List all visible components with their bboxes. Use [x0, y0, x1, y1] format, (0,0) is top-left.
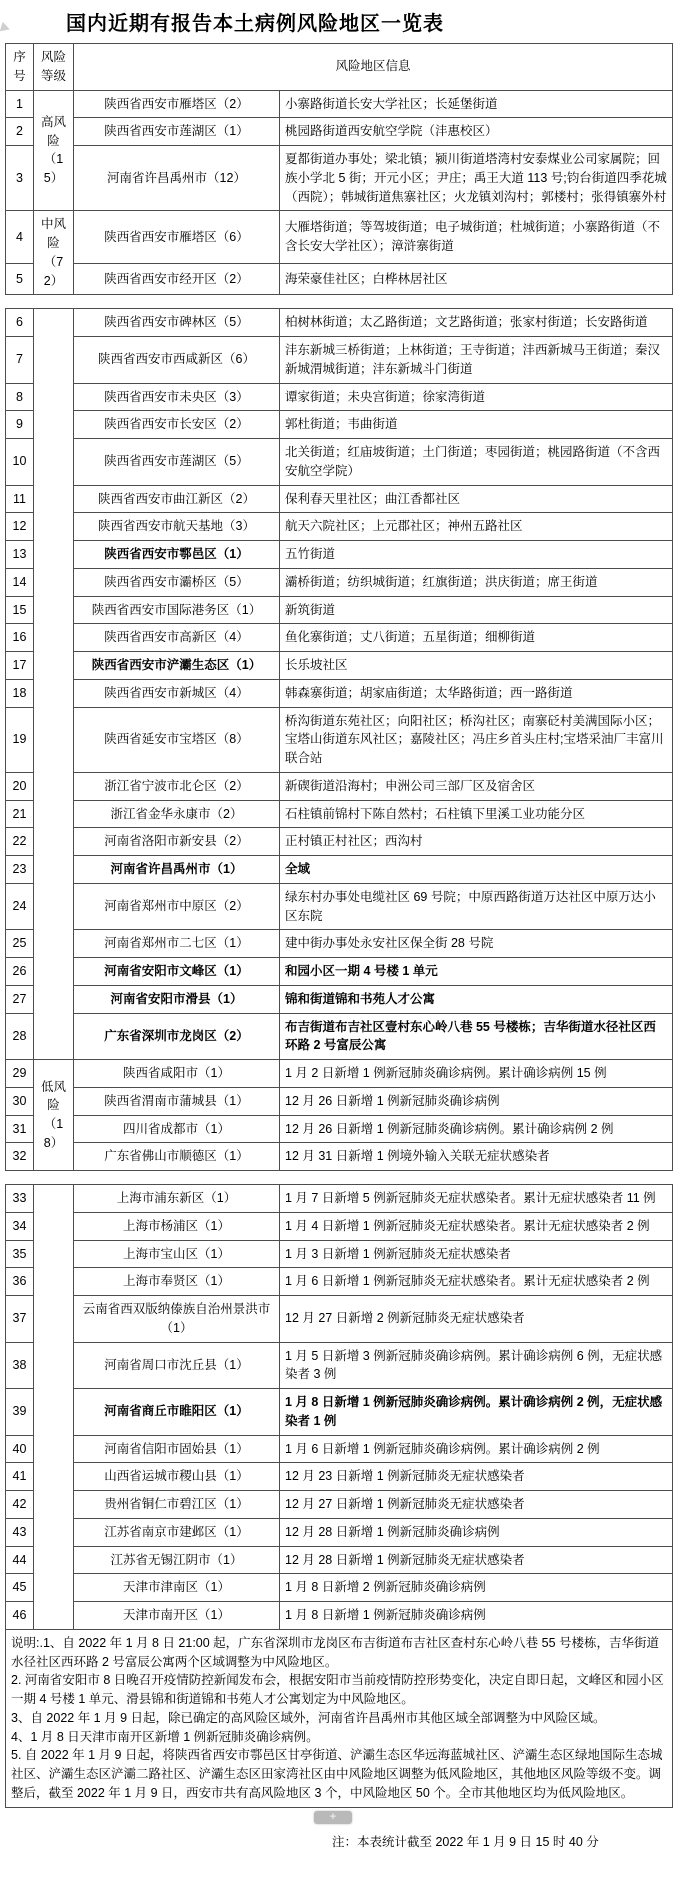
detail-cell: 1 月 4 日新增 1 例新冠肺炎无症状感染者。累计无症状感染者 2 例	[280, 1212, 673, 1240]
risk-table-segment-3: 33上海市浦东新区（1）1 月 7 日新增 5 例新冠肺炎无症状感染者。累计无症…	[5, 1184, 673, 1808]
region-cell: 贵州省铜仁市碧江区（1）	[74, 1491, 280, 1519]
row-index-cell: 44	[6, 1546, 34, 1574]
detail-cell: 五竹街道	[280, 541, 673, 569]
risk-area-document: 国内近期有报告本土病例风险地区一览表 序号 风险等级 风险地区信息 1高风险（1…	[0, 7, 676, 1850]
row-index-cell: 24	[6, 883, 34, 930]
row-index-cell: 11	[6, 485, 34, 513]
detail-cell: 1 月 8 日新增 1 例新冠肺炎确诊病例。累计确诊病例 2 例，无症状感染者 …	[280, 1389, 673, 1436]
detail-cell: 北关街道；红庙坡街道；土门街道；枣园街道；桃园路街道（不含西安航空学院）	[280, 439, 673, 486]
region-cell: 陕西省西安市长安区（2）	[74, 411, 280, 439]
row-index-cell: 21	[6, 800, 34, 828]
detail-cell: 建中街办事处永安社区保全街 28 号院	[280, 930, 673, 958]
table-row: 19陕西省延安市宝塔区（8）桥沟街道东苑社区；向阳社区；桥沟社区；南寨砭村美满国…	[6, 707, 673, 772]
row-index-cell: 38	[6, 1342, 34, 1389]
table-row: 2陕西省西安市莲湖区（1）桃园路街道西安航空学院（沣惠校区）	[6, 118, 673, 146]
region-cell: 陕西省延安市宝塔区（8）	[74, 707, 280, 772]
risk-level-cell: 高风险（15）	[34, 90, 74, 211]
table-row: 34上海市杨浦区（1）1 月 4 日新增 1 例新冠肺炎无症状感染者。累计无症状…	[6, 1212, 673, 1240]
region-cell: 云南省西双版纳傣族自治州景洪市（1）	[74, 1296, 280, 1343]
detail-cell: 12 月 23 日新增 1 例新冠肺炎无症状感染者	[280, 1463, 673, 1491]
row-index-cell: 18	[6, 679, 34, 707]
region-cell: 山西省运城市稷山县（1）	[74, 1463, 280, 1491]
region-cell: 陕西省渭南市蒲城县（1）	[74, 1087, 280, 1115]
row-index-cell: 26	[6, 958, 34, 986]
risk-level-cell: 中风险（72）	[34, 211, 74, 295]
header-info: 风险地区信息	[74, 44, 673, 91]
table-row: 17陕西省西安市浐灞生态区（1）长乐坡社区	[6, 652, 673, 680]
detail-cell: 布吉街道布吉社区壹村东心岭八巷 55 号楼栋；吉华街道水径社区西环路 2 号富辰…	[280, 1013, 673, 1060]
region-cell: 陕西省咸阳市（1）	[74, 1060, 280, 1088]
zoom-in-button[interactable]: +	[314, 1811, 352, 1824]
table-row: 39河南省商丘市睢阳区（1）1 月 8 日新增 1 例新冠肺炎确诊病例。累计确诊…	[6, 1389, 673, 1436]
detail-cell: 柏树林街道；太乙路街道；文艺路街道；张家村街道；长安路街道	[280, 309, 673, 337]
table-row: 37云南省西双版纳傣族自治州景洪市（1）12 月 27 日新增 2 例新冠肺炎无…	[6, 1296, 673, 1343]
table-row: 28广东省深圳市龙岗区（2）布吉街道布吉社区壹村东心岭八巷 55 号楼栋；吉华街…	[6, 1013, 673, 1060]
region-cell: 陕西省西安市雁塔区（2）	[74, 90, 280, 118]
header-risk-level: 风险等级	[34, 44, 74, 91]
region-cell: 陕西省西安市未央区（3）	[74, 383, 280, 411]
region-cell: 河南省商丘市睢阳区（1）	[74, 1389, 280, 1436]
header-row: 序号 风险等级 风险地区信息	[6, 44, 673, 91]
detail-cell: 和园小区一期 4 号楼 1 单元	[280, 958, 673, 986]
row-index-cell: 13	[6, 541, 34, 569]
detail-cell: 锦和街道锦和书苑人才公寓	[280, 985, 673, 1013]
row-index-cell: 45	[6, 1574, 34, 1602]
detail-cell: 绿东村办事处电缆社区 69 号院；中原西路街道万达社区中原万达小区东院	[280, 883, 673, 930]
region-cell: 陕西省西安市曲江新区（2）	[74, 485, 280, 513]
detail-cell: 12 月 26 日新增 1 例新冠肺炎确诊病例	[280, 1087, 673, 1115]
row-index-cell: 31	[6, 1115, 34, 1143]
row-index-cell: 6	[6, 309, 34, 337]
row-index-cell: 9	[6, 411, 34, 439]
note-line: 5. 自 2022 年 1 月 9 日起，将陕西省西安市鄠邑区甘亭街道、浐灞生态…	[11, 1746, 667, 1802]
region-cell: 广东省佛山市顺德区（1）	[74, 1143, 280, 1171]
row-index-cell: 46	[6, 1602, 34, 1630]
table-row: 16陕西省西安市高新区（4）鱼化寨街道；丈八街道；五星街道；细柳街道	[6, 624, 673, 652]
table-row: 8陕西省西安市未央区（3）谭家街道；未央宫街道；徐家湾街道	[6, 383, 673, 411]
row-index-cell: 15	[6, 596, 34, 624]
detail-cell: 夏都街道办事处；梁北镇；颍川街道塔湾村安泰煤业公司家属院；回族小学北 5 街；开…	[280, 146, 673, 211]
region-cell: 陕西省西安市新城区（4）	[74, 679, 280, 707]
table-row: 42贵州省铜仁市碧江区（1）12 月 27 日新增 1 例新冠肺炎无症状感染者	[6, 1491, 673, 1519]
detail-cell: 灞桥街道；纺织城街道；红旗街道；洪庆街道；席王街道	[280, 568, 673, 596]
table-row: 45天津市津南区（1）1 月 8 日新增 2 例新冠肺炎确诊病例	[6, 1574, 673, 1602]
plus-icon: +	[330, 1812, 336, 1823]
row-index-cell: 20	[6, 772, 34, 800]
row-index-cell: 10	[6, 439, 34, 486]
row-index-cell: 5	[6, 263, 34, 294]
table-row: 43江苏省南京市建邺区（1）12 月 28 日新增 1 例新冠肺炎确诊病例	[6, 1518, 673, 1546]
detail-cell: 谭家街道；未央宫街道；徐家湾街道	[280, 383, 673, 411]
table-row: 46天津市南开区（1）1 月 8 日新增 1 例新冠肺炎确诊病例	[6, 1602, 673, 1630]
detail-cell: 韩森寨街道；胡家庙街道；太华路街道；西一路街道	[280, 679, 673, 707]
table-row: 44江苏省无锡江阴市（1）12 月 28 日新增 1 例新冠肺炎无症状感染者	[6, 1546, 673, 1574]
table-row: 26河南省安阳市文峰区（1）和园小区一期 4 号楼 1 单元	[6, 958, 673, 986]
notes-row: 说明:.1、自 2022 年 1 月 8 日 21:00 起，广东省深圳市龙岗区…	[6, 1629, 673, 1807]
table-row: 32广东省佛山市顺德区（1）12 月 31 日新增 1 例境外输入关联无症状感染…	[6, 1143, 673, 1171]
detail-cell: 新筑街道	[280, 596, 673, 624]
row-index-cell: 14	[6, 568, 34, 596]
detail-cell: 12 月 28 日新增 1 例新冠肺炎无症状感染者	[280, 1546, 673, 1574]
detail-cell: 12 月 27 日新增 1 例新冠肺炎无症状感染者	[280, 1491, 673, 1519]
region-cell: 广东省深圳市龙岗区（2）	[74, 1013, 280, 1060]
table-row: 6陕西省西安市碑林区（5）柏树林街道；太乙路街道；文艺路街道；张家村街道；长安路…	[6, 309, 673, 337]
detail-cell: 郭杜街道；韦曲街道	[280, 411, 673, 439]
detail-cell: 航天六院社区；上元郡社区；神州五路社区	[280, 513, 673, 541]
detail-cell: 新碶街道沿海村；申洲公司三部厂区及宿舍区	[280, 772, 673, 800]
row-index-cell: 27	[6, 985, 34, 1013]
region-cell: 天津市津南区（1）	[74, 1574, 280, 1602]
detail-cell: 沣东新城三桥街道；上林街道；王寺街道；沣西新城马王街道；秦汉新城渭城街道；沣东新…	[280, 337, 673, 384]
region-cell: 陕西省西安市莲湖区（1）	[74, 118, 280, 146]
table-row: 21浙江省金华永康市（2）石柱镇前锦村下陈自然村；石柱镇下里溪工业功能分区	[6, 800, 673, 828]
table-row: 27河南省安阳市滑县（1）锦和街道锦和书苑人才公寓	[6, 985, 673, 1013]
detail-cell: 长乐坡社区	[280, 652, 673, 680]
detail-cell: 1 月 5 日新增 3 例新冠肺炎确诊病例。累计确诊病例 6 例，无症状感染者 …	[280, 1342, 673, 1389]
region-cell: 浙江省宁波市北仑区（2）	[74, 772, 280, 800]
table-row: 14陕西省西安市灞桥区（5）灞桥街道；纺织城街道；红旗街道；洪庆街道；席王街道	[6, 568, 673, 596]
table-row: 7陕西省西安市西咸新区（6）沣东新城三桥街道；上林街道；王寺街道；沣西新城马王街…	[6, 337, 673, 384]
row-index-cell: 36	[6, 1268, 34, 1296]
row-index-cell: 30	[6, 1087, 34, 1115]
detail-cell: 1 月 6 日新增 1 例新冠肺炎无症状感染者。累计无症状感染者 2 例	[280, 1268, 673, 1296]
region-cell: 陕西省西安市国际港务区（1）	[74, 596, 280, 624]
table-row: 1高风险（15）陕西省西安市雁塔区（2）小寨路街道长安大学社区；长延堡街道	[6, 90, 673, 118]
detail-cell: 12 月 31 日新增 1 例境外输入关联无症状感染者	[280, 1143, 673, 1171]
row-index-cell: 25	[6, 930, 34, 958]
table-row: 3河南省许昌禹州市（12）夏都街道办事处；梁北镇；颍川街道塔湾村安泰煤业公司家属…	[6, 146, 673, 211]
detail-cell: 1 月 3 日新增 1 例新冠肺炎无症状感染者	[280, 1240, 673, 1268]
table-row: 13陕西省西安市鄠邑区（1）五竹街道	[6, 541, 673, 569]
region-cell: 河南省郑州市二七区（1）	[74, 930, 280, 958]
region-cell: 四川省成都市（1）	[74, 1115, 280, 1143]
detail-cell: 12 月 27 日新增 2 例新冠肺炎无症状感染者	[280, 1296, 673, 1343]
region-cell: 江苏省无锡江阴市（1）	[74, 1546, 280, 1574]
region-cell: 上海市浦东新区（1）	[74, 1185, 280, 1213]
row-index-cell: 39	[6, 1389, 34, 1436]
region-cell: 陕西省西安市鄠邑区（1）	[74, 541, 280, 569]
detail-cell: 正村镇正村社区；西沟村	[280, 828, 673, 856]
region-cell: 陕西省西安市航天基地（3）	[74, 513, 280, 541]
table-row: 22河南省洛阳市新安县（2）正村镇正村社区；西沟村	[6, 828, 673, 856]
table-row: 10陕西省西安市莲湖区（5）北关街道；红庙坡街道；土门街道；枣园街道；桃园路街道…	[6, 439, 673, 486]
row-index-cell: 41	[6, 1463, 34, 1491]
risk-level-cell: 低风险（18）	[34, 1060, 74, 1171]
row-index-cell: 17	[6, 652, 34, 680]
region-cell: 陕西省西安市碑林区（5）	[74, 309, 280, 337]
risk-level-cell	[34, 1185, 74, 1630]
row-index-cell: 1	[6, 90, 34, 118]
row-index-cell: 35	[6, 1240, 34, 1268]
detail-cell: 保利春天里社区；曲江香都社区	[280, 485, 673, 513]
table-row: 40河南省信阳市固始县（1）1 月 6 日新增 1 例新冠肺炎确诊病例。累计确诊…	[6, 1435, 673, 1463]
detail-cell: 石柱镇前锦村下陈自然村；石柱镇下里溪工业功能分区	[280, 800, 673, 828]
note-line: 3、自 2022 年 1 月 9 日起，除已确定的高风险区域外，河南省许昌禹州市…	[11, 1709, 667, 1728]
detail-cell: 桥沟街道东苑社区；向阳社区；桥沟社区；南寨砭村美满国际小区；宝塔山街道东风社区；…	[280, 707, 673, 772]
detail-cell: 大雁塔街道；等驾坡街道；电子城街道；杜城街道；小寨路街道（不含长安大学社区）；漳…	[280, 211, 673, 264]
detail-cell: 鱼化寨街道；丈八街道；五星街道；细柳街道	[280, 624, 673, 652]
region-cell: 河南省洛阳市新安县（2）	[74, 828, 280, 856]
detail-cell: 1 月 2 日新增 1 例新冠肺炎确诊病例。累计确诊病例 15 例	[280, 1060, 673, 1088]
row-index-cell: 16	[6, 624, 34, 652]
risk-table-segment-1: 序号 风险等级 风险地区信息 1高风险（15）陕西省西安市雁塔区（2）小寨路街道…	[5, 43, 673, 295]
row-index-cell: 43	[6, 1518, 34, 1546]
statistics-cutoff-note: 注：本表统计截至 2022 年 1 月 9 日 15 时 40 分	[332, 1832, 676, 1850]
table-row: 5陕西省西安市经开区（2）海荣豪佳社区；白桦林居社区	[6, 263, 673, 294]
table-row: 30陕西省渭南市蒲城县（1）12 月 26 日新增 1 例新冠肺炎确诊病例	[6, 1087, 673, 1115]
region-cell: 河南省信阳市固始县（1）	[74, 1435, 280, 1463]
detail-cell: 全域	[280, 856, 673, 884]
region-cell: 河南省安阳市文峰区（1）	[74, 958, 280, 986]
table-row: 15陕西省西安市国际港务区（1）新筑街道	[6, 596, 673, 624]
row-index-cell: 2	[6, 118, 34, 146]
row-index-cell: 37	[6, 1296, 34, 1343]
header-index: 序号	[6, 44, 34, 91]
table-row: 4中风险（72）陕西省西安市雁塔区（6）大雁塔街道；等驾坡街道；电子城街道；杜城…	[6, 211, 673, 264]
table-row: 20浙江省宁波市北仑区（2）新碶街道沿海村；申洲公司三部厂区及宿舍区	[6, 772, 673, 800]
region-cell: 河南省周口市沈丘县（1）	[74, 1342, 280, 1389]
row-index-cell: 19	[6, 707, 34, 772]
region-cell: 天津市南开区（1）	[74, 1602, 280, 1630]
detail-cell: 1 月 7 日新增 5 例新冠肺炎无症状感染者。累计无症状感染者 11 例	[280, 1185, 673, 1213]
row-index-cell: 42	[6, 1491, 34, 1519]
row-index-cell: 29	[6, 1060, 34, 1088]
region-cell: 上海市奉贤区（1）	[74, 1268, 280, 1296]
table-row: 38河南省周口市沈丘县（1）1 月 5 日新增 3 例新冠肺炎确诊病例。累计确诊…	[6, 1342, 673, 1389]
detail-cell: 12 月 26 日新增 1 例新冠肺炎确诊病例。累计确诊病例 2 例	[280, 1115, 673, 1143]
region-cell: 陕西省西安市高新区（4）	[74, 624, 280, 652]
region-cell: 河南省安阳市滑县（1）	[74, 985, 280, 1013]
table-row: 18陕西省西安市新城区（4）韩森寨街道；胡家庙街道；太华路街道；西一路街道	[6, 679, 673, 707]
region-cell: 河南省许昌禹州市（12）	[74, 146, 280, 211]
region-cell: 陕西省西安市雁塔区（6）	[74, 211, 280, 264]
table-row: 29低风险（18）陕西省咸阳市（1）1 月 2 日新增 1 例新冠肺炎确诊病例。…	[6, 1060, 673, 1088]
region-cell: 陕西省西安市西咸新区（6）	[74, 337, 280, 384]
region-cell: 陕西省西安市莲湖区（5）	[74, 439, 280, 486]
row-index-cell: 33	[6, 1185, 34, 1213]
region-cell: 陕西省西安市灞桥区（5）	[74, 568, 280, 596]
row-index-cell: 8	[6, 383, 34, 411]
table-row: 25河南省郑州市二七区（1）建中街办事处永安社区保全街 28 号院	[6, 930, 673, 958]
table-row: 23河南省许昌禹州市（1）全域	[6, 856, 673, 884]
notes-block: 说明:.1、自 2022 年 1 月 8 日 21:00 起，广东省深圳市龙岗区…	[6, 1629, 673, 1807]
table-row: 24河南省郑州市中原区（2）绿东村办事处电缆社区 69 号院；中原西路街道万达社…	[6, 883, 673, 930]
detail-cell: 1 月 8 日新增 2 例新冠肺炎确诊病例	[280, 1574, 673, 1602]
region-cell: 河南省郑州市中原区（2）	[74, 883, 280, 930]
row-index-cell: 4	[6, 211, 34, 264]
row-index-cell: 12	[6, 513, 34, 541]
page-title: 国内近期有报告本土病例风险地区一览表	[66, 7, 676, 36]
region-cell: 陕西省西安市经开区（2）	[74, 263, 280, 294]
table-row: 41山西省运城市稷山县（1）12 月 23 日新增 1 例新冠肺炎无症状感染者	[6, 1463, 673, 1491]
note-line: 4、1 月 8 日天津市南开区新增 1 例新冠肺炎确诊病例。	[11, 1728, 667, 1747]
detail-cell: 12 月 28 日新增 1 例新冠肺炎确诊病例	[280, 1518, 673, 1546]
table-row: 9陕西省西安市长安区（2）郭杜街道；韦曲街道	[6, 411, 673, 439]
region-cell: 浙江省金华永康市（2）	[74, 800, 280, 828]
region-cell: 上海市宝山区（1）	[74, 1240, 280, 1268]
note-line: 说明:.1、自 2022 年 1 月 8 日 21:00 起，广东省深圳市龙岗区…	[11, 1634, 667, 1672]
region-cell: 上海市杨浦区（1）	[74, 1212, 280, 1240]
table-row: 33上海市浦东新区（1）1 月 7 日新增 5 例新冠肺炎无症状感染者。累计无症…	[6, 1185, 673, 1213]
row-index-cell: 32	[6, 1143, 34, 1171]
table-row: 35上海市宝山区（1）1 月 3 日新增 1 例新冠肺炎无症状感染者	[6, 1240, 673, 1268]
detail-cell: 桃园路街道西安航空学院（沣惠校区）	[280, 118, 673, 146]
row-index-cell: 23	[6, 856, 34, 884]
row-index-cell: 28	[6, 1013, 34, 1060]
detail-cell: 海荣豪佳社区；白桦林居社区	[280, 263, 673, 294]
table-row: 11陕西省西安市曲江新区（2）保利春天里社区；曲江香都社区	[6, 485, 673, 513]
table-row: 31四川省成都市（1）12 月 26 日新增 1 例新冠肺炎确诊病例。累计确诊病…	[6, 1115, 673, 1143]
table-row: 36上海市奉贤区（1）1 月 6 日新增 1 例新冠肺炎无症状感染者。累计无症状…	[6, 1268, 673, 1296]
detail-cell: 小寨路街道长安大学社区；长延堡街道	[280, 90, 673, 118]
row-index-cell: 22	[6, 828, 34, 856]
table-row: 12陕西省西安市航天基地（3）航天六院社区；上元郡社区；神州五路社区	[6, 513, 673, 541]
region-cell: 河南省许昌禹州市（1）	[74, 856, 280, 884]
region-cell: 陕西省西安市浐灞生态区（1）	[74, 652, 280, 680]
row-index-cell: 7	[6, 337, 34, 384]
row-index-cell: 34	[6, 1212, 34, 1240]
note-line: 2. 河南省安阳市 8 日晚召开疫情防控新闻发布会，根据安阳市当前疫情防控形势变…	[11, 1671, 667, 1709]
row-index-cell: 40	[6, 1435, 34, 1463]
risk-level-cell	[34, 309, 74, 1060]
detail-cell: 1 月 6 日新增 1 例新冠肺炎确诊病例。累计确诊病例 2 例	[280, 1435, 673, 1463]
detail-cell: 1 月 8 日新增 1 例新冠肺炎确诊病例	[280, 1602, 673, 1630]
risk-table-segment-2: 6陕西省西安市碑林区（5）柏树林街道；太乙路街道；文艺路街道；张家村街道；长安路…	[5, 308, 673, 1171]
row-index-cell: 3	[6, 146, 34, 211]
region-cell: 江苏省南京市建邺区（1）	[74, 1518, 280, 1546]
